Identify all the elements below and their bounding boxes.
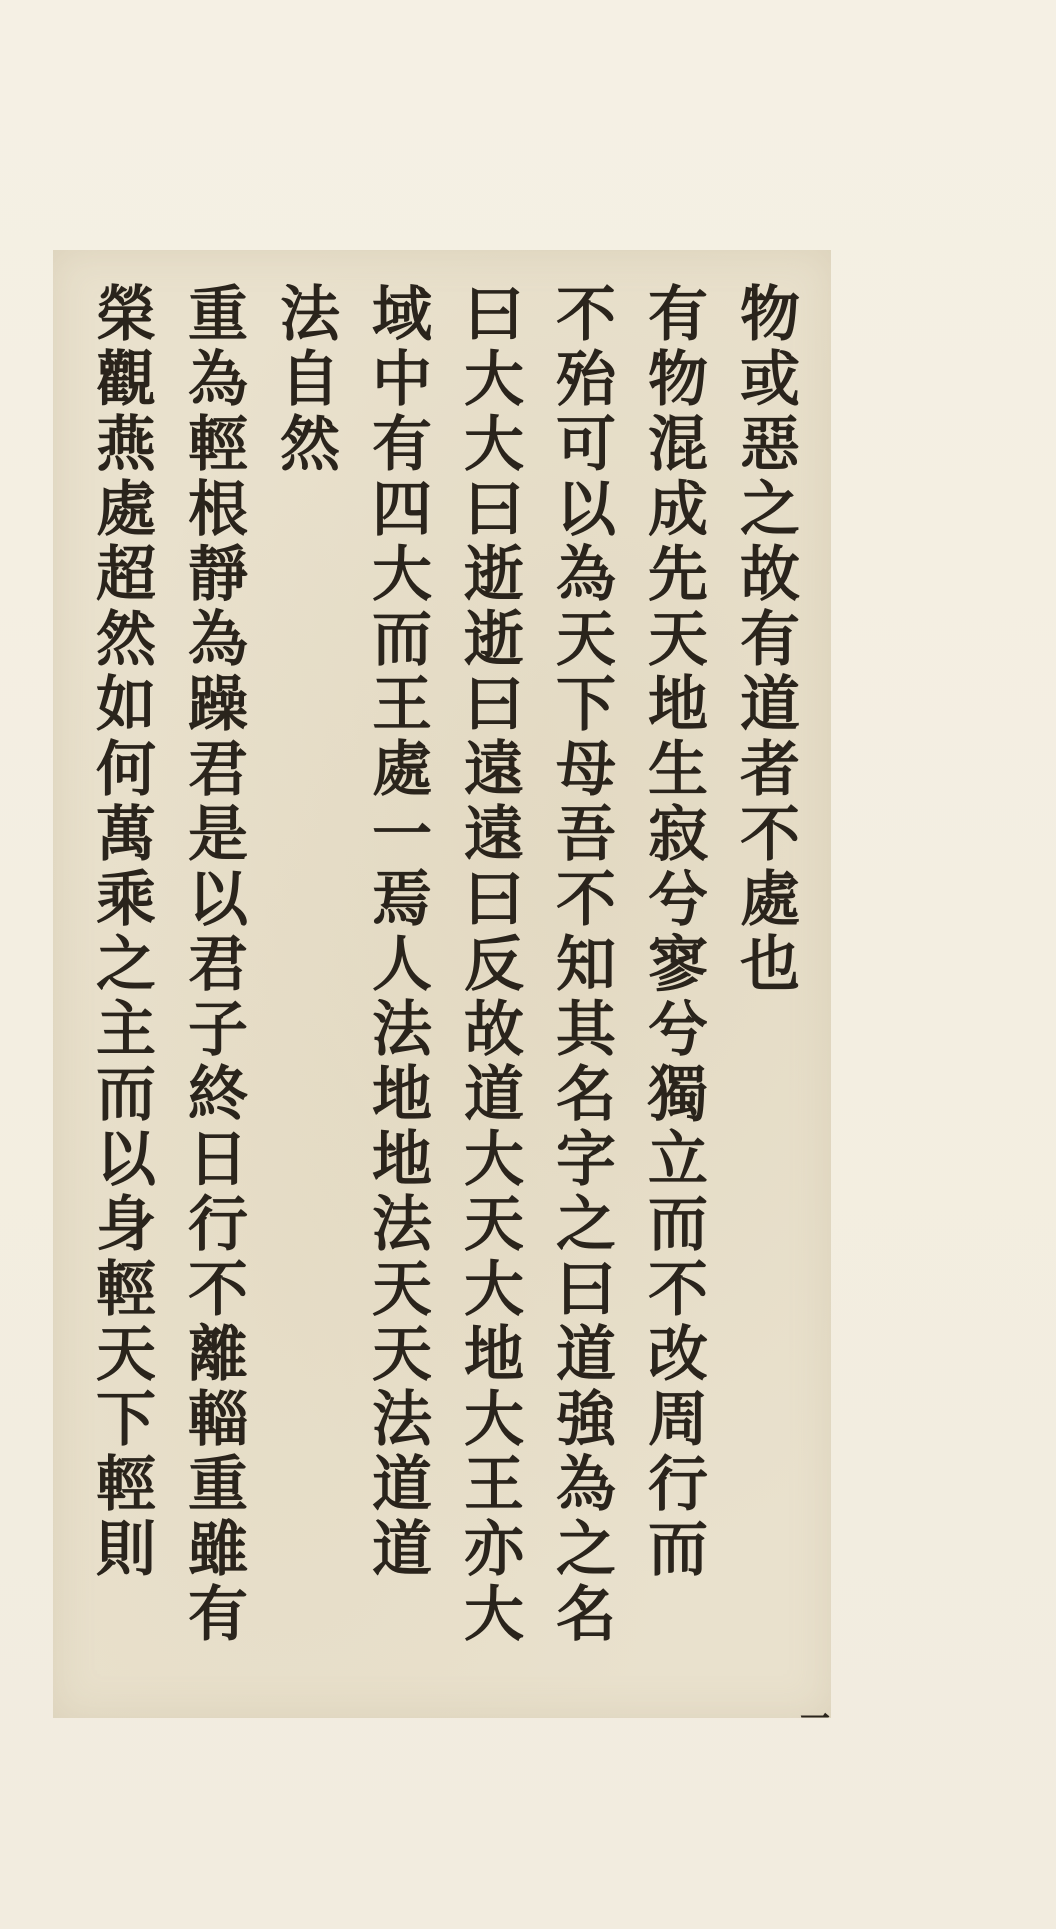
calligraphy-panel: 物或惡之故有道者不處也 有物混成先天地生寂兮寥兮獨立而不改周行而 不殆可以為天下… [53,250,831,1718]
column-text: 域中有四大而王處一焉人法地地法天天法道道 [351,282,443,1582]
text-column-7: 重為輕根靜為躁君是以君子終日行不離輜重雖有 [167,282,259,1647]
text-column-6: 法自然 [259,282,351,1647]
text-column-1: 物或惡之故有道者不處也 [719,282,811,1647]
text-column-3: 不殆可以為天下母吾不知其名字之曰道強為之名 [535,282,627,1647]
page-number-mark: 一 [800,1694,830,1738]
text-column-4: 曰大大曰逝逝曰遠遠曰反故道大天大地大王亦大 [443,282,535,1647]
text-column-5: 域中有四大而王處一焉人法地地法天天法道道 [351,282,443,1647]
column-text: 有物混成先天地生寂兮寥兮獨立而不改周行而 [627,282,719,1582]
column-text: 物或惡之故有道者不處也 [719,282,811,997]
column-text: 曰大大曰逝逝曰遠遠曰反故道大天大地大王亦大 [443,282,535,1647]
text-column-2: 有物混成先天地生寂兮寥兮獨立而不改周行而 [627,282,719,1647]
column-text: 榮觀燕處超然如何萬乘之主而以身輕天下輕則 [75,282,167,1582]
text-columns: 物或惡之故有道者不處也 有物混成先天地生寂兮寥兮獨立而不改周行而 不殆可以為天下… [75,282,811,1647]
text-column-8: 榮觀燕處超然如何萬乘之主而以身輕天下輕則 [75,282,167,1647]
column-text: 不殆可以為天下母吾不知其名字之曰道強為之名 [535,282,627,1647]
column-text: 重為輕根靜為躁君是以君子終日行不離輜重雖有 [167,282,259,1647]
column-text: 法自然 [259,282,351,477]
